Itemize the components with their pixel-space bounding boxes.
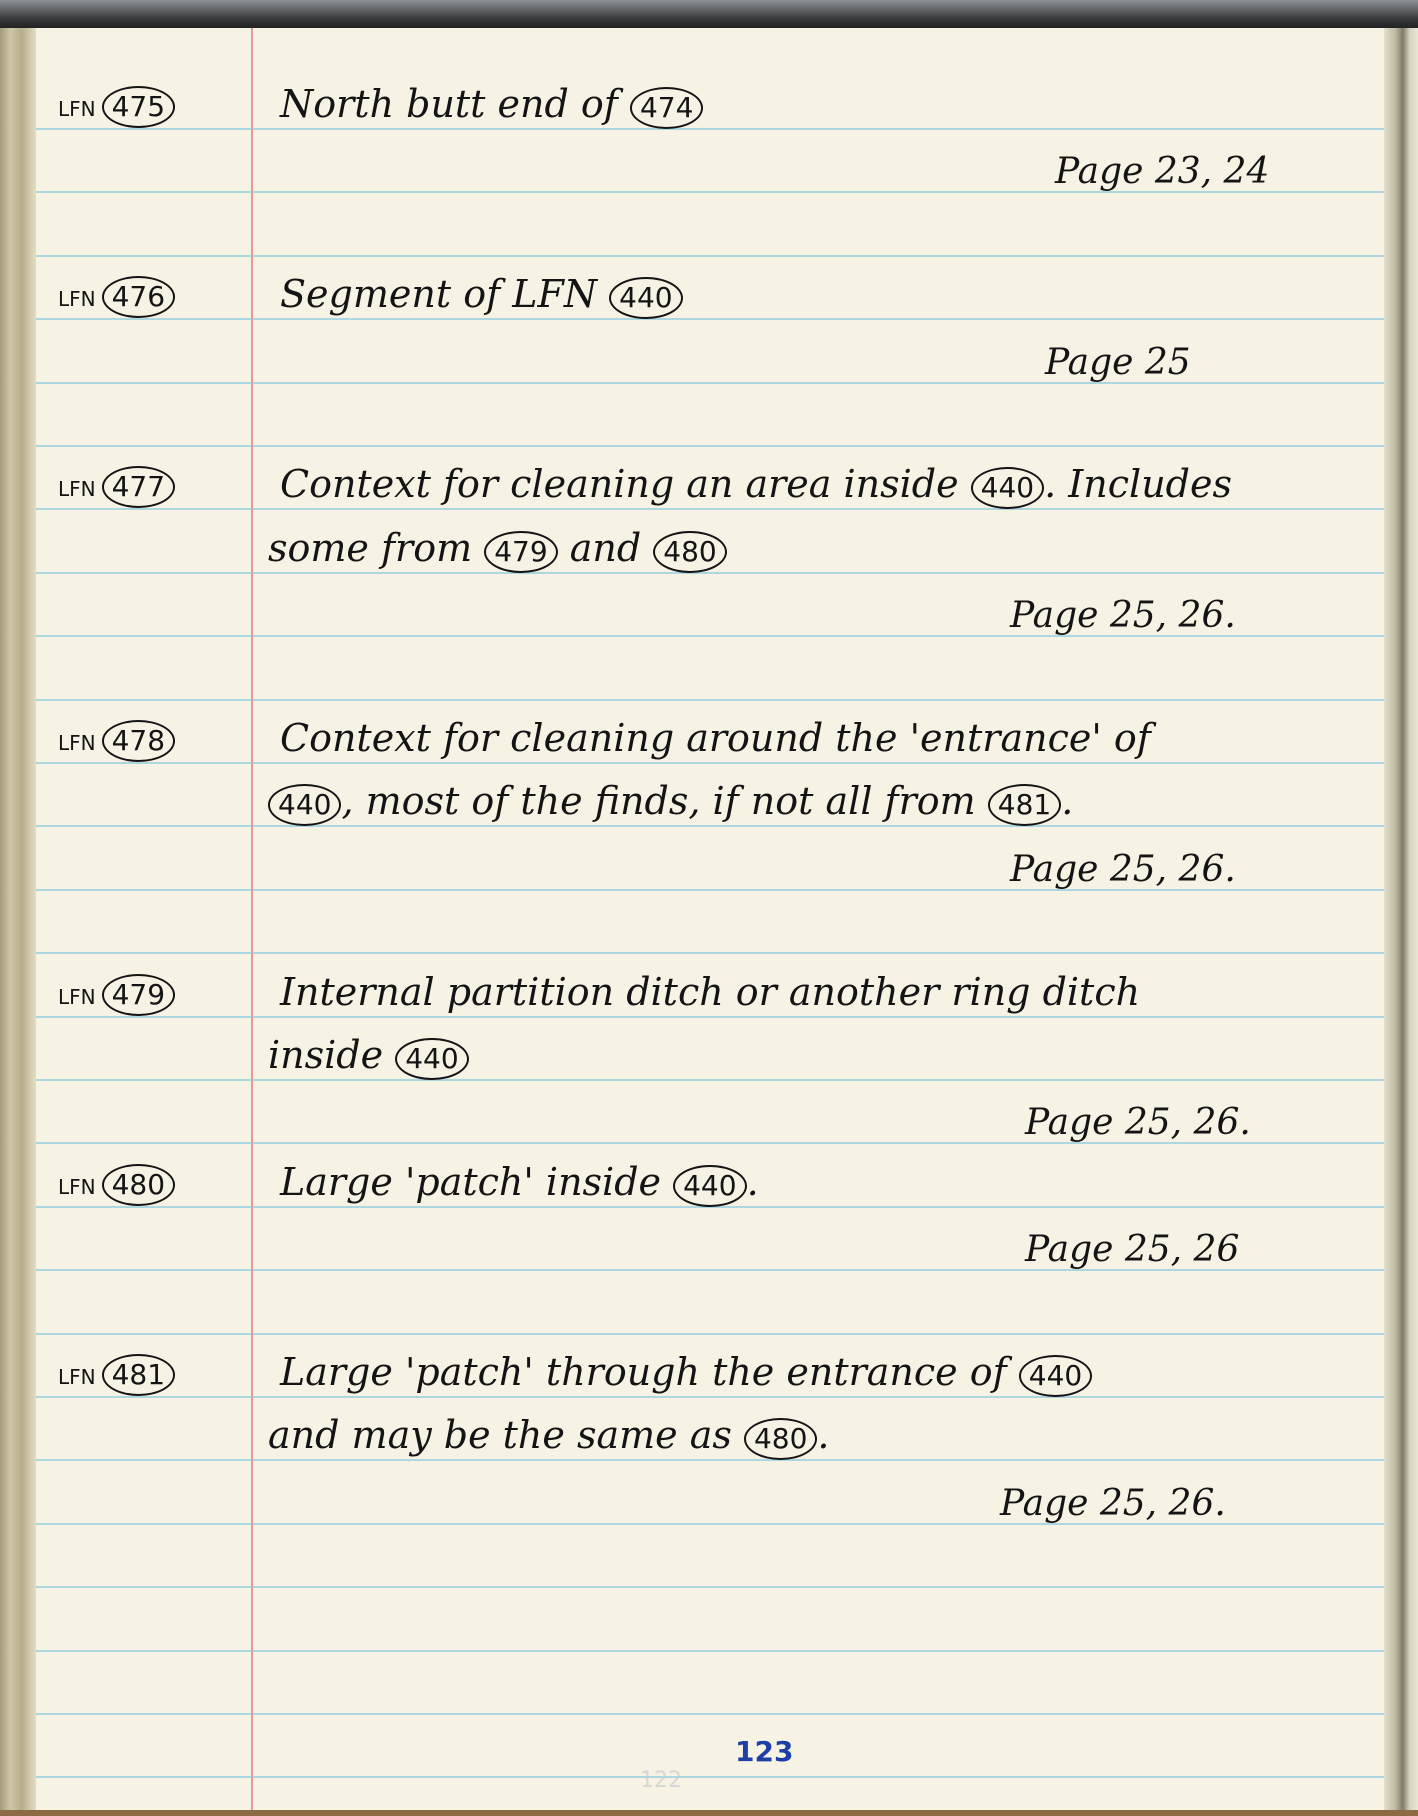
lfn-prefix: LFN bbox=[58, 287, 96, 311]
ruled-line bbox=[36, 128, 1384, 130]
description-text: . bbox=[747, 1160, 759, 1204]
lfn-number-circled: 478 bbox=[102, 720, 175, 762]
page-reference: Page 25, 26. bbox=[1025, 1102, 1251, 1143]
ruled-line bbox=[36, 255, 1384, 257]
page-reference: Page 25, 26. bbox=[1010, 595, 1236, 636]
ruled-line bbox=[36, 318, 1384, 320]
lfn-label: LFN480 bbox=[58, 1164, 175, 1206]
description-text: . bbox=[817, 1413, 829, 1457]
entry-description-line: Context for cleaning an area inside 440.… bbox=[280, 462, 1232, 509]
lfn-label: LFN477 bbox=[58, 466, 175, 508]
page-reference: Page 25, 26. bbox=[1000, 1483, 1226, 1524]
description-text: and bbox=[558, 526, 654, 570]
entry-description-line: 440, most of the finds, if not all from … bbox=[268, 779, 1073, 826]
ruled-line bbox=[36, 952, 1384, 954]
circled-reference: 480 bbox=[744, 1418, 817, 1460]
circled-reference: 440 bbox=[673, 1165, 746, 1207]
lfn-number-circled: 475 bbox=[102, 86, 175, 128]
circled-reference: 440 bbox=[268, 784, 341, 826]
lfn-number-circled: 480 bbox=[102, 1164, 175, 1206]
ruled-line bbox=[36, 1079, 1384, 1081]
entry-description-line: Segment of LFN 440 bbox=[280, 272, 683, 319]
ruled-line bbox=[36, 1650, 1384, 1652]
ruled-line bbox=[36, 445, 1384, 447]
circled-reference: 479 bbox=[484, 531, 557, 573]
lfn-prefix: LFN bbox=[58, 1365, 96, 1389]
ruled-line bbox=[36, 1713, 1384, 1715]
description-text: . Includes bbox=[1044, 462, 1232, 506]
description-text: and may be the same as bbox=[268, 1413, 744, 1457]
page-binding bbox=[0, 28, 36, 1816]
description-text: some from bbox=[268, 526, 484, 570]
lfn-number-circled: 479 bbox=[102, 974, 175, 1016]
entry-description-line: Large 'patch' inside 440. bbox=[280, 1160, 759, 1207]
circled-reference: 440 bbox=[395, 1038, 468, 1080]
ruled-line bbox=[36, 1586, 1384, 1588]
description-text: . bbox=[1061, 779, 1073, 823]
page-reference: Page 25, 26 bbox=[1025, 1229, 1239, 1270]
circled-reference: 474 bbox=[630, 87, 703, 129]
entry-description-line: North butt end of 474 bbox=[280, 82, 703, 129]
lfn-prefix: LFN bbox=[58, 985, 96, 1009]
ruled-line bbox=[36, 1776, 1384, 1778]
circled-reference: 440 bbox=[971, 467, 1044, 509]
ruled-line bbox=[36, 699, 1384, 701]
lfn-prefix: LFN bbox=[58, 1175, 96, 1199]
entry-description-line: Large 'patch' through the entrance of 44… bbox=[280, 1350, 1092, 1397]
lfn-label: LFN481 bbox=[58, 1354, 175, 1396]
scanner-edge bbox=[0, 0, 1418, 30]
description-text: Segment of LFN bbox=[280, 272, 609, 316]
page-reference: Page 25 bbox=[1045, 342, 1191, 383]
lfn-prefix: LFN bbox=[58, 731, 96, 755]
lfn-number-circled: 481 bbox=[102, 1354, 175, 1396]
circled-reference: 480 bbox=[653, 531, 726, 573]
circled-reference: 481 bbox=[988, 784, 1061, 826]
description-text: Context for cleaning around the 'entranc… bbox=[280, 716, 1151, 760]
description-text: Large 'patch' inside bbox=[280, 1160, 673, 1204]
lfn-prefix: LFN bbox=[58, 477, 96, 501]
description-text: Internal partition ditch or another ring… bbox=[280, 970, 1140, 1014]
page-bottom-edge bbox=[0, 1810, 1418, 1816]
description-text: inside bbox=[268, 1033, 395, 1077]
ruled-line bbox=[36, 1333, 1384, 1335]
entry-description-line: some from 479 and 480 bbox=[268, 526, 727, 573]
entry-description-line: and may be the same as 480. bbox=[268, 1413, 830, 1460]
description-text: Context for cleaning an area inside bbox=[280, 462, 971, 506]
show-through-page-number: 122 bbox=[640, 1768, 682, 1793]
lfn-number-circled: 476 bbox=[102, 276, 175, 318]
ruled-line bbox=[36, 1016, 1384, 1018]
description-text: , most of the finds, if not all from bbox=[341, 779, 987, 823]
lfn-label: LFN478 bbox=[58, 720, 175, 762]
circled-reference: 440 bbox=[1019, 1355, 1092, 1397]
entry-description-line: inside 440 bbox=[268, 1033, 469, 1080]
ruled-line bbox=[36, 762, 1384, 764]
lfn-label: LFN476 bbox=[58, 276, 175, 318]
entry-description-line: Internal partition ditch or another ring… bbox=[280, 970, 1140, 1014]
lfn-number-circled: 477 bbox=[102, 466, 175, 508]
description-text: Large 'patch' through the entrance of bbox=[280, 1350, 1019, 1394]
lfn-prefix: LFN bbox=[58, 97, 96, 121]
notebook-page: LFN475North butt end of 474Page 23, 24LF… bbox=[0, 28, 1418, 1816]
page-number: 123 bbox=[735, 1735, 793, 1768]
entry-description-line: Context for cleaning around the 'entranc… bbox=[280, 716, 1151, 760]
lfn-label: LFN475 bbox=[58, 86, 175, 128]
circled-reference: 440 bbox=[609, 277, 682, 319]
page-reference: Page 25, 26. bbox=[1010, 849, 1236, 890]
description-text: North butt end of bbox=[280, 82, 630, 126]
margin-line bbox=[251, 28, 253, 1816]
page-gutter bbox=[1384, 28, 1418, 1816]
lfn-label: LFN479 bbox=[58, 974, 175, 1016]
page-reference: Page 23, 24 bbox=[1055, 151, 1269, 192]
